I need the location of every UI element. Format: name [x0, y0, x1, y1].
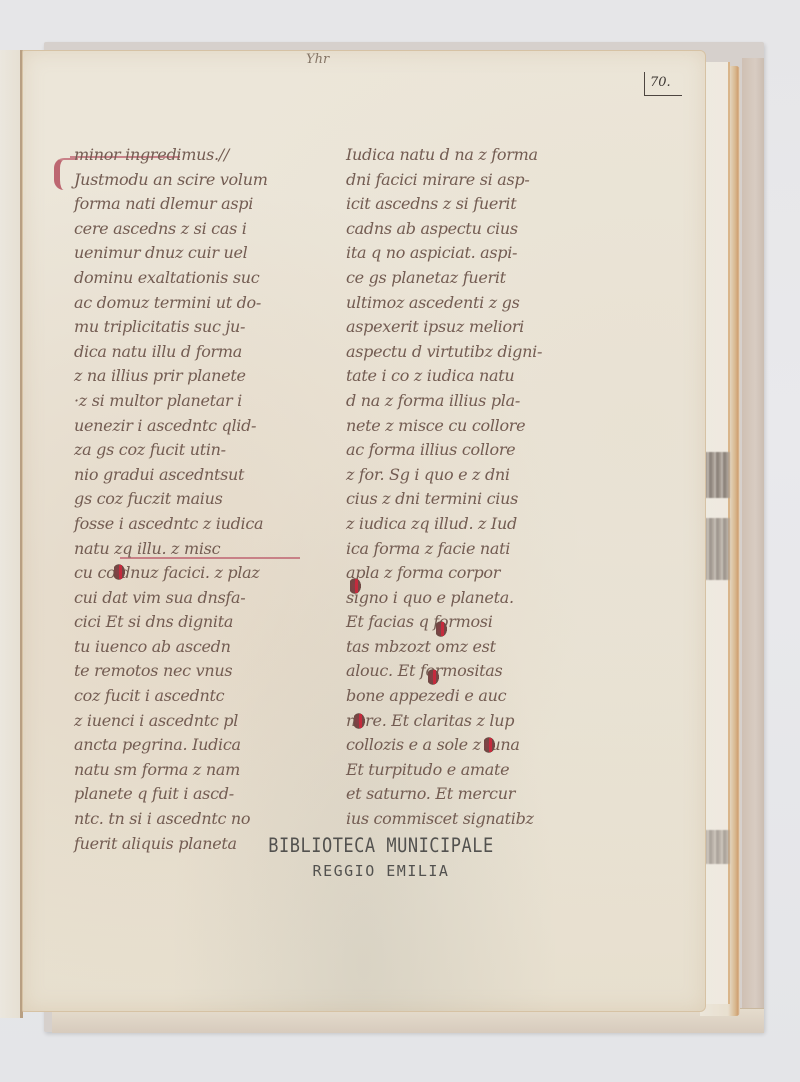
text-line: mu triplicitatis suc ju-	[74, 315, 324, 340]
text-line: Et turpitudo e amate	[346, 758, 606, 783]
text-line: ac domuz termini ut do-	[74, 291, 324, 316]
text-line: fosse i ascedntc z iudica	[74, 512, 324, 537]
text-line: ac forma illius collore	[346, 438, 606, 463]
text-line: uenezir i ascedntc qlid-	[74, 414, 324, 439]
text-line: aspexerit ipsuz meliori	[346, 315, 606, 340]
library-stamp: BIBLIOTECA MUNICIPALE REGGIO EMILIA	[266, 836, 496, 880]
text-line: ius commiscet signatibz	[346, 807, 606, 832]
text-column-right: Iudica natu d na z forma dni facici mira…	[346, 143, 606, 832]
text-line: ancta pegrina. Iudica	[74, 733, 324, 758]
text-line: te remotos nec vnus	[74, 659, 324, 684]
text-line: bone appezedi e auc	[346, 684, 606, 709]
text-line: forma nati dlemur aspi	[74, 192, 324, 217]
text-line: tate i co z iudica natu	[346, 364, 606, 389]
offset-ink-smudge	[702, 518, 730, 580]
text-line: nete z misce cu collore	[346, 414, 606, 439]
facing-page-edge	[0, 50, 23, 1018]
text-line: cici Et si dns dignita	[74, 610, 324, 635]
folio-number: 70.	[644, 72, 682, 96]
text-line: ce gs planetaz fuerit	[346, 266, 606, 291]
text-line: apla z forma corpor	[346, 561, 606, 586]
text-line: gs coz fuczit maius	[74, 487, 324, 512]
text-line: nio gradui ascedntsut	[74, 463, 324, 488]
text-line: z na illius prir planete	[74, 364, 324, 389]
text-line: ica forma z facie nati	[346, 537, 606, 562]
rubricated-capital-icon	[354, 712, 366, 730]
text-line: ·z si multor planetar i	[74, 389, 324, 414]
text-line: dica natu illu d forma	[74, 340, 324, 365]
text-line: signo i quo e planeta.	[346, 586, 606, 611]
text-line: z for. Sg i quo e z dni	[346, 463, 606, 488]
text-line: uenimur dnuz cuir uel	[74, 241, 324, 266]
offset-ink-smudge	[702, 452, 730, 498]
rubricated-capital-icon	[484, 736, 496, 754]
text-line: ntc. tn si i ascedntc no	[74, 807, 324, 832]
rubricated-capital-icon	[350, 577, 362, 595]
stamp-city: REGGIO EMILIA	[266, 862, 496, 880]
offset-ink-smudge	[702, 830, 730, 864]
stamp-library-name: BIBLIOTECA MUNICIPALE	[266, 835, 496, 858]
top-margin-mark: Yhr	[306, 52, 329, 67]
text-line: d na z forma illius pla-	[346, 389, 606, 414]
text-line: Et facias q formosi	[346, 610, 606, 635]
text-line: cui dat vim sua dnsfa-	[74, 586, 324, 611]
text-line: Iudica natu d na z forma	[346, 143, 606, 168]
text-line: aspectu d virtutibz digni-	[346, 340, 606, 365]
text-line: cu co dnuz facici. z plaz	[74, 561, 324, 586]
text-line: tas mbzozt omz est	[346, 635, 606, 660]
text-line: coz fucit i ascedntc	[74, 684, 324, 709]
text-line: collozis e a sole z luna	[346, 733, 606, 758]
text-line: ultimoz ascedenti z gs	[346, 291, 606, 316]
text-line: Justmodu an scire volum	[74, 168, 324, 193]
text-line: dominu exaltationis suc	[74, 266, 324, 291]
text-line: dni facici mirare si asp-	[346, 168, 606, 193]
cover-board-edge-right	[742, 58, 764, 1018]
text-line: alouc. Et formositas	[346, 659, 606, 684]
rubricated-capital-icon	[114, 563, 126, 581]
rubricated-capital-icon	[428, 668, 440, 686]
text-line: z iuenci i ascedntc pl	[74, 709, 324, 734]
text-line: ita q no aspiciat. aspi-	[346, 241, 606, 266]
text-line: minor ingredimus.//	[74, 143, 324, 168]
text-line: cius z dni termini cius	[346, 487, 606, 512]
text-line: z iudica zq illud. z Iud	[346, 512, 606, 537]
text-line: za gs coz fucit utin-	[74, 438, 324, 463]
text-line: nere. Et claritas z lup	[346, 709, 606, 734]
text-line: tu iuenco ab ascedn	[74, 635, 324, 660]
text-line: et saturno. Et mercur	[346, 782, 606, 807]
text-line: planete q fuit i ascd-	[74, 782, 324, 807]
text-line: cere ascedns z si cas i	[74, 217, 324, 242]
text-line: icit ascedns z si fuerit	[346, 192, 606, 217]
text-column-left: minor ingredimus.// Justmodu an scire vo…	[74, 143, 324, 856]
text-line: natu zq illu. z misc	[74, 537, 324, 562]
text-line: cadns ab aspectu cius	[346, 217, 606, 242]
rubricated-capital-icon	[436, 620, 448, 638]
text-line: natu sm forma z nam	[74, 758, 324, 783]
